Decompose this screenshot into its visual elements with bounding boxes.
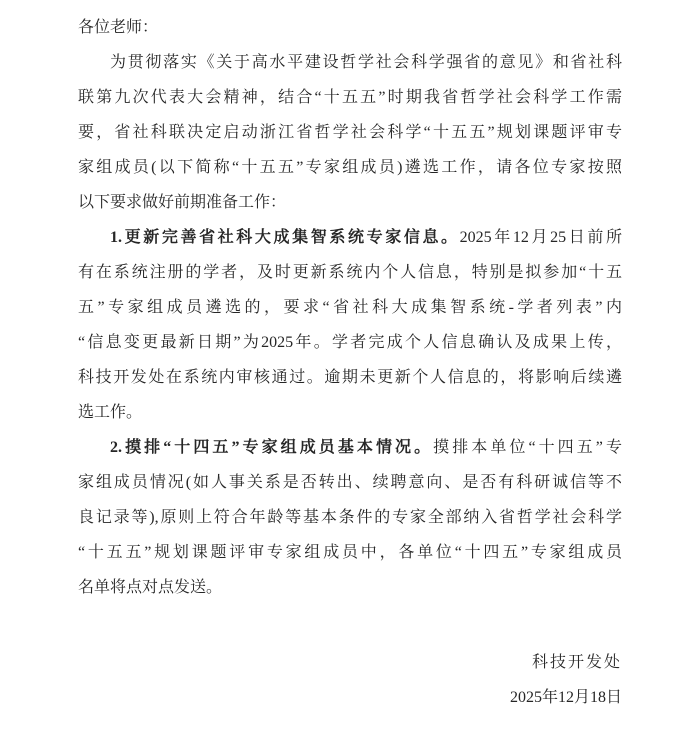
doc-line-text: 科技开发处在系统内审核通过。逾期未更新个人信息的，将影响后续遴 xyxy=(78,369,622,386)
item-2-lead-bold: 2.摸排“十四五”专家组成员基本情况。 xyxy=(110,439,433,456)
doc-line-text: 以下要求做好前期准备工作： xyxy=(78,194,286,211)
doc-line: “十五五”规划课题评审专家组成员中，各单位“十四五”专家组成员 xyxy=(78,535,622,570)
doc-line: 以下要求做好前期准备工作： xyxy=(78,185,622,220)
notice-document: 各位老师： 为贯彻落实《关于高水平建设哲学社会科学强省的意见》和省社科 联第九次… xyxy=(0,0,700,740)
doc-line: 家组成员情况(如人事关系是否转出、续聘意向、是否有科研诚信等不 xyxy=(78,465,622,500)
doc-line-text: 为贯彻落实《关于高水平建设哲学社会科学强省的意见》和省社科 xyxy=(110,54,622,71)
doc-line-item-2: 2.摸排“十四五”专家组成员基本情况。摸排本单位“十四五”专 xyxy=(78,430,622,465)
doc-line-text: 选工作。 xyxy=(78,404,142,421)
doc-line-text: 家组成员情况(如人事关系是否转出、续聘意向、是否有科研诚信等不 xyxy=(78,474,622,491)
signature-text: 科技开发处 xyxy=(532,654,622,671)
doc-line-item-1: 1.更新完善省社科大成集智系统专家信息。2025年12月25日前所 xyxy=(78,220,622,255)
signature-block: 科技开发处 2025年12月18日 xyxy=(78,645,622,715)
doc-line-text: 摸排本单位“十四五”专 xyxy=(433,439,622,456)
doc-line-text: 2025年12月25日前所 xyxy=(460,229,622,246)
doc-line: “信息变更最新日期”为2025年。学者完成个人信息确认及成果上传， xyxy=(78,325,622,360)
doc-line: 五”专家组成员遴选的，要求“省社科大成集智系统-学者列表”内 xyxy=(78,290,622,325)
doc-line: 良记录等),原则上符合年龄等基本条件的专家全部纳入省哲学社会科学 xyxy=(78,500,622,535)
doc-line: 为贯彻落实《关于高水平建设哲学社会科学强省的意见》和省社科 xyxy=(78,45,622,80)
doc-line-text: 良记录等),原则上符合年龄等基本条件的专家全部纳入省哲学社会科学 xyxy=(78,509,622,526)
doc-line: 名单将点对点发送。 xyxy=(78,570,622,605)
doc-line: 科技开发处在系统内审核通过。逾期未更新个人信息的，将影响后续遴 xyxy=(78,360,622,395)
item-1-lead-bold: 1.更新完善省社科大成集智系统专家信息。 xyxy=(110,229,460,246)
doc-line: 选工作。 xyxy=(78,395,622,430)
signature-department: 科技开发处 xyxy=(78,645,622,680)
doc-line-text: 五”专家组成员遴选的，要求“省社科大成集智系统-学者列表”内 xyxy=(78,299,622,316)
doc-line: 要，省社科联决定启动浙江省哲学社会科学“十五五”规划课题评审专 xyxy=(78,115,622,150)
doc-line: 联第九次代表大会精神，结合“十五五”时期我省哲学社会科学工作需 xyxy=(78,80,622,115)
doc-line-text: 家组成员(以下简称“十五五”专家组成员)遴选工作，请各位专家按照 xyxy=(78,159,622,176)
doc-line-text: “十五五”规划课题评审专家组成员中，各单位“十四五”专家组成员 xyxy=(78,544,622,561)
doc-line-text: 联第九次代表大会精神，结合“十五五”时期我省哲学社会科学工作需 xyxy=(78,89,622,106)
doc-line-text: “信息变更最新日期”为2025年。学者完成个人信息确认及成果上传， xyxy=(78,334,622,351)
salutation-text: 各位老师： xyxy=(78,19,158,36)
signature-date: 2025年12月18日 xyxy=(78,680,622,715)
doc-line-text: 要，省社科联决定启动浙江省哲学社会科学“十五五”规划课题评审专 xyxy=(78,124,622,141)
salutation: 各位老师： xyxy=(78,10,622,45)
doc-line: 有在系统注册的学者，及时更新系统内个人信息，特别是拟参加“十五 xyxy=(78,255,622,290)
doc-line-text: 有在系统注册的学者，及时更新系统内个人信息，特别是拟参加“十五 xyxy=(78,264,622,281)
date-text: 2025年12月18日 xyxy=(510,689,622,706)
doc-line-text: 名单将点对点发送。 xyxy=(78,579,222,596)
doc-line: 家组成员(以下简称“十五五”专家组成员)遴选工作，请各位专家按照 xyxy=(78,150,622,185)
